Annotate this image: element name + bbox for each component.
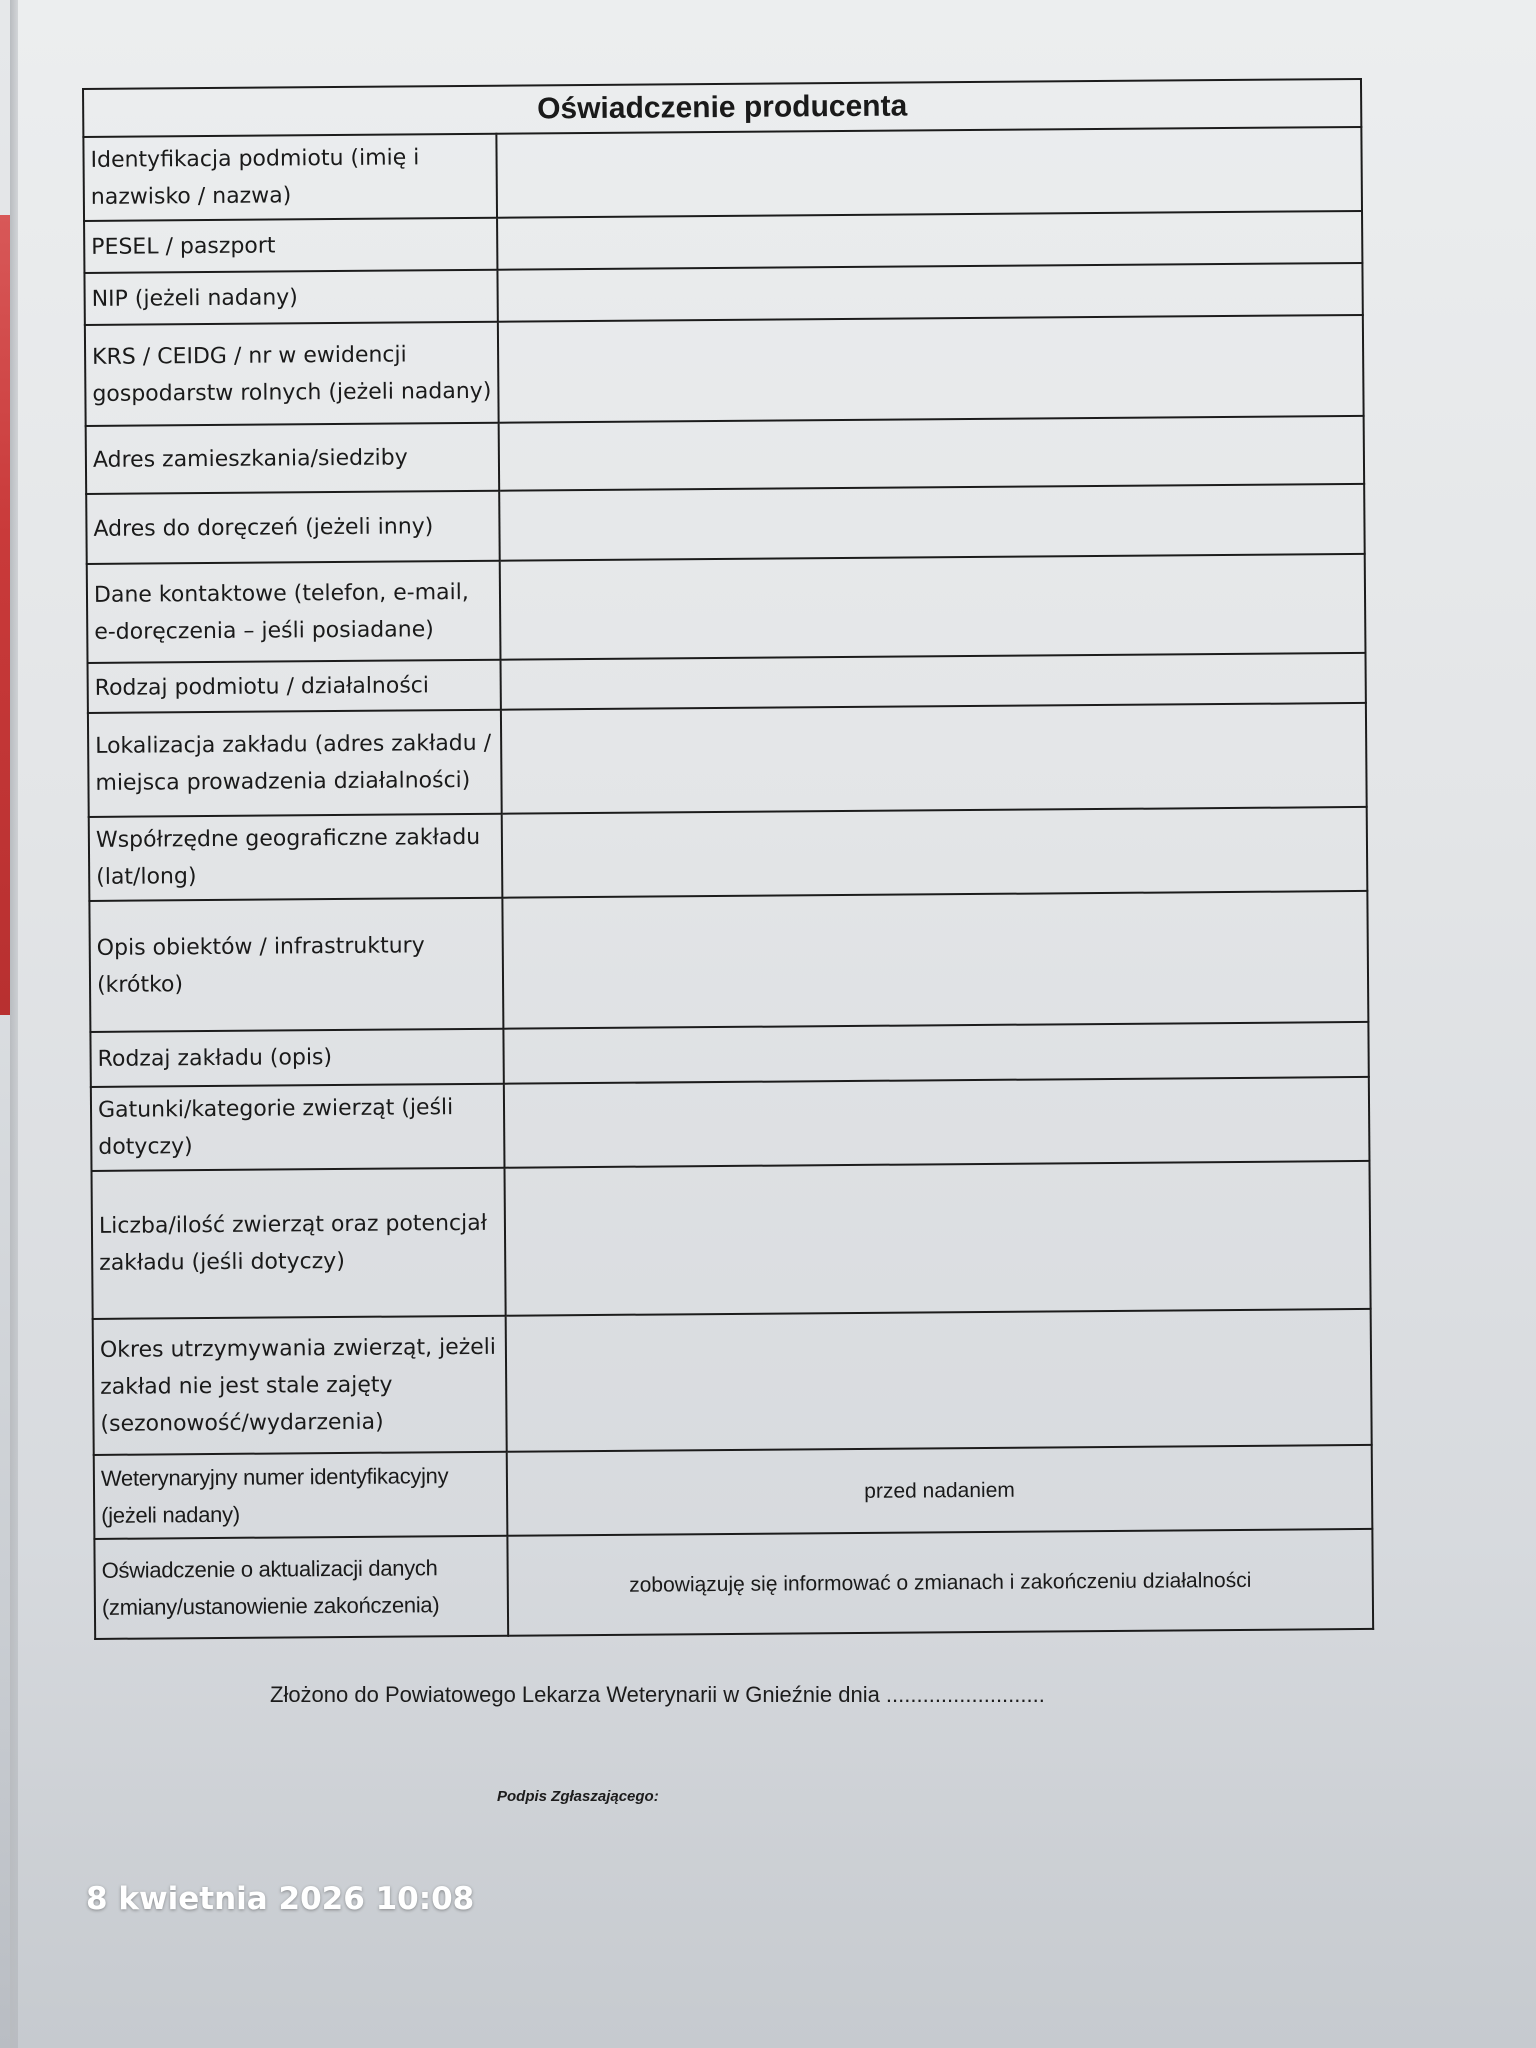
field-value[interactable]: przed nadaniem [507, 1445, 1373, 1536]
form-row: Opis obiektów / infrastruktury (krótko) [89, 891, 1368, 1032]
submission-line: Złożono do Powiatowego Lekarza Weterynar… [270, 1682, 1045, 1708]
field-value[interactable] [501, 653, 1366, 710]
field-label: Identyfikacja podmiotu (imię i nazwisko … [83, 134, 497, 221]
form-row: Identyfikacja podmiotu (imię i nazwisko … [83, 127, 1362, 221]
field-label: Opis obiektów / infrastruktury (krótko) [89, 898, 503, 1032]
field-label: Gatunki/kategorie zwierząt (jeśli dotycz… [91, 1084, 505, 1171]
form-row: Dane kontaktowe (telefon, e-mail, e-dorę… [87, 554, 1366, 663]
field-label: PESEL / paszport [84, 218, 497, 273]
field-label: Lokalizacja zakładu (adres zakładu / mie… [88, 710, 502, 817]
form-table: Oświadczenie producenta Identyfikacja po… [82, 78, 1374, 1640]
field-label: NIP (jeżeli nadany) [84, 270, 497, 325]
field-value[interactable] [504, 1161, 1370, 1316]
form-row: Gatunki/kategorie zwierząt (jeśli dotycz… [91, 1077, 1370, 1171]
field-label: Dane kontaktowe (telefon, e-mail, e-dorę… [87, 561, 501, 663]
field-label: Okres utrzymywania zwierząt, jeżeli zakł… [93, 1316, 507, 1455]
field-label: KRS / CEIDG / nr w ewidencji gospodarstw… [85, 322, 499, 426]
form-row: Adres do doręczeń (jeżeli inny) [86, 484, 1365, 564]
form-row: Lokalizacja zakładu (adres zakładu / mie… [88, 703, 1367, 817]
form-row: Oświadczenie o aktualizacji danych (zmia… [94, 1529, 1373, 1639]
field-label: Weterynaryjny numer identyfikacyjny (jeż… [94, 1452, 508, 1539]
form-row: KRS / CEIDG / nr w ewidencji gospodarstw… [85, 315, 1364, 426]
form-row: Współrzędne geograficzne zakładu (lat/lo… [89, 807, 1368, 901]
field-value[interactable] [498, 315, 1364, 423]
field-value[interactable] [500, 554, 1366, 660]
field-value[interactable] [502, 807, 1368, 898]
form-row: Adres zamieszkania/siedziby [86, 416, 1364, 494]
producer-statement-form: Oświadczenie producenta Identyfikacja po… [82, 78, 1374, 1640]
field-value[interactable] [504, 1077, 1370, 1168]
photo-timestamp: 8 kwietnia 2026 10:08 [86, 1881, 474, 1917]
signature-label: Podpis Zgłaszającego: [497, 1788, 659, 1805]
form-row: Rodzaj zakładu (opis) [90, 1022, 1368, 1087]
field-value[interactable]: zobowiązuję się informować o zmianach i … [507, 1529, 1373, 1636]
field-value[interactable] [506, 1309, 1372, 1452]
field-label: Rodzaj podmiotu / działalności [88, 660, 501, 713]
field-label: Współrzędne geograficzne zakładu (lat/lo… [89, 814, 503, 901]
form-row: Weterynaryjny numer identyfikacyjny (jeż… [94, 1445, 1373, 1539]
field-label: Rodzaj zakładu (opis) [90, 1029, 503, 1087]
form-row: Liczba/ilość zwierząt oraz potencjał zak… [92, 1161, 1371, 1319]
field-label: Oświadczenie o aktualizacji danych (zmia… [94, 1536, 508, 1639]
form-row: Okres utrzymywania zwierząt, jeżeli zakł… [93, 1309, 1372, 1455]
field-value[interactable] [497, 263, 1362, 322]
field-value[interactable] [499, 416, 1365, 491]
field-value[interactable] [502, 891, 1368, 1029]
field-value[interactable] [499, 484, 1365, 561]
field-label: Liczba/ilość zwierząt oraz potencjał zak… [92, 1168, 506, 1319]
field-value[interactable] [503, 1022, 1368, 1084]
field-value[interactable] [496, 127, 1362, 218]
field-label: Adres zamieszkania/siedziby [86, 423, 500, 494]
red-object-edge [0, 215, 10, 1015]
field-label: Adres do doręczeń (jeżeli inny) [86, 491, 500, 564]
field-value[interactable] [501, 703, 1367, 814]
field-value[interactable] [497, 211, 1362, 270]
